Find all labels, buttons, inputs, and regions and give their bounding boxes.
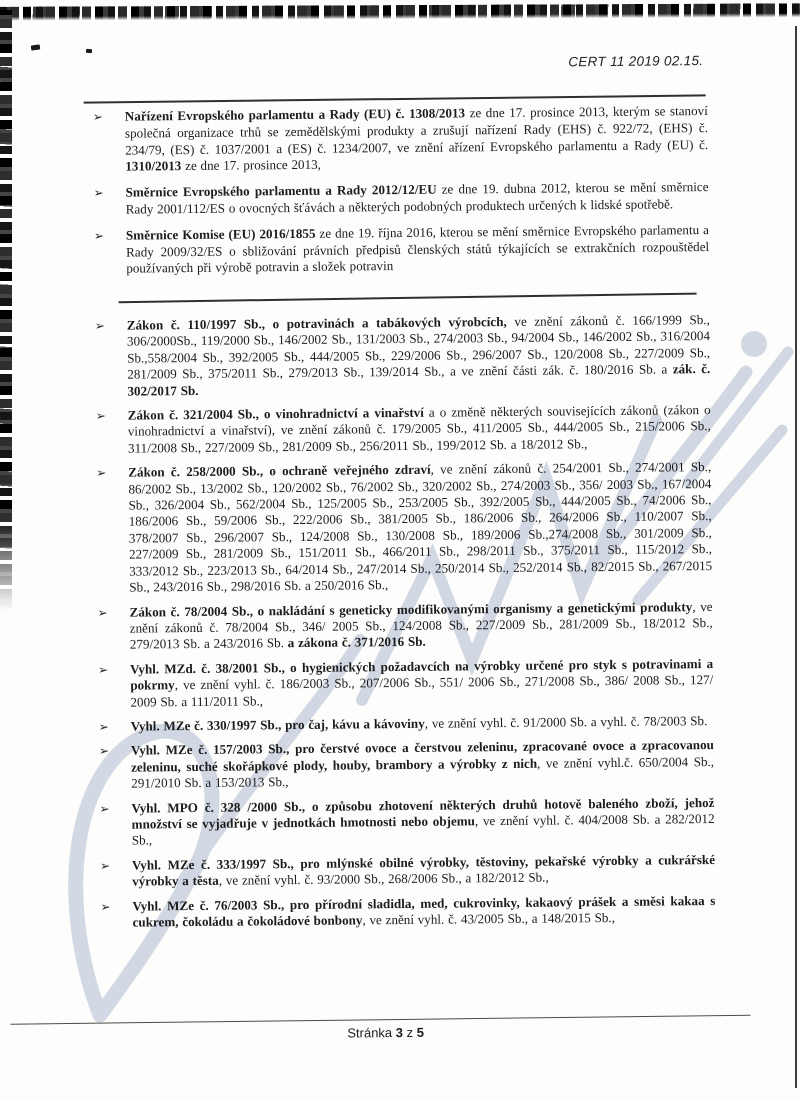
separator-line-top <box>84 94 706 103</box>
legislation-list-item: ➢Zákon č. 321/2004 Sb., o vinohradnictví… <box>95 402 711 457</box>
scanned-page: CERT 11 2019 02.15. ➢Nařízení Evropského… <box>0 0 800 1100</box>
national-legislation-list: ➢Zákon č. 110/1997 Sb., o potravinách a … <box>94 312 716 939</box>
legislation-list-item: ➢Zákon č. 258/2000 Sb., o ochraně veřejn… <box>95 459 712 596</box>
bullet-arrow-icon: ➢ <box>94 228 104 245</box>
bullet-arrow-icon: ➢ <box>93 185 103 202</box>
page-footer: Stránka 3 z 5 <box>5 1022 767 1044</box>
list-item-text: Vyhl. MZe č. 333/1997 Sb., pro mlýnské o… <box>132 852 715 889</box>
list-item-text: Vyhl. MZe č. 76/2003 Sb., pro přírodní s… <box>132 893 715 930</box>
bullet-arrow-icon: ➢ <box>99 743 109 760</box>
legislation-list-item: ➢Směrnice Komise (EU) 2016/1855 ze dne 1… <box>93 222 709 278</box>
footer-of-word: z <box>407 1025 414 1040</box>
list-item-text: Zákon č. 78/2004 Sb., o nakládání s gene… <box>130 599 713 652</box>
separator-line-middle <box>119 293 697 304</box>
list-item-text: Směrnice Evropského parlamentu a Rady 20… <box>125 179 708 216</box>
footer-total-pages: 5 <box>417 1025 424 1040</box>
list-item-text: Zákon č. 110/1997 Sb., o potravinách a t… <box>127 312 711 398</box>
legislation-list-item: ➢Vyhl. MZd. č. 38/2001 Sb., o hygienický… <box>97 656 713 711</box>
legislation-list-item: ➢Zákon č. 78/2004 Sb., o nakládání s gen… <box>97 599 713 654</box>
list-item-text: Vyhl. MZe č. 157/2003 Sb., pro čerstvé o… <box>131 737 714 790</box>
bullet-arrow-icon: ➢ <box>99 800 109 817</box>
bullet-arrow-icon: ➢ <box>95 318 105 335</box>
footer-label: Stránka <box>347 1025 392 1040</box>
bullet-arrow-icon: ➢ <box>96 465 106 482</box>
list-item-text: Vyhl. MZe č. 330/1997 Sb., pro čaj, kávu… <box>131 713 708 734</box>
list-item-text: Vyhl. MPO č. 328 /2000 Sb., o způsobu zh… <box>131 795 714 848</box>
bullet-arrow-icon: ➢ <box>99 719 109 736</box>
eu-legislation-list: ➢Nařízení Evropského parlamentu a Rady (… <box>92 103 710 287</box>
legislation-list-item: ➢Vyhl. MPO č. 328 /2000 Sb., o způsobu z… <box>98 795 714 850</box>
legislation-list-item: ➢Vyhl. MZe č. 333/1997 Sb., pro mlýnské … <box>99 852 715 891</box>
bullet-arrow-icon: ➢ <box>93 109 103 126</box>
legislation-list-item: ➢Vyhl. MZe č. 157/2003 Sb., pro čerstvé … <box>98 737 714 792</box>
list-item-text: Vyhl. MZd. č. 38/2001 Sb., o hygienickýc… <box>130 656 713 709</box>
legislation-list-item: ➢Vyhl. MZe č. 76/2003 Sb., pro přírodní … <box>99 893 715 932</box>
list-item-text: Zákon č. 321/2004 Sb., o vinohradnictví … <box>128 402 711 455</box>
bullet-arrow-icon: ➢ <box>96 408 106 425</box>
legislation-list-item: ➢Zákon č. 110/1997 Sb., o potravinách a … <box>94 312 711 400</box>
document-content: CERT 11 2019 02.15. ➢Nařízení Evropského… <box>0 0 800 1100</box>
bullet-arrow-icon: ➢ <box>100 858 110 875</box>
bullet-arrow-icon: ➢ <box>100 898 110 915</box>
list-item-text: Nařízení Evropského parlamentu a Rady (E… <box>125 103 708 174</box>
legislation-list-item: ➢Směrnice Evropského parlamentu a Rady 2… <box>92 179 708 219</box>
footer-page-number: 3 <box>396 1025 403 1040</box>
legislation-list-item: ➢Nařízení Evropského parlamentu a Rady (… <box>92 103 709 176</box>
legislation-list-item: ➢Vyhl. MZe č. 330/1997 Sb., pro čaj, káv… <box>98 713 714 735</box>
list-item-text: Zákon č. 258/2000 Sb., o ochraně veřejné… <box>128 459 712 594</box>
document-header-code: CERT 11 2019 02.15. <box>568 53 703 69</box>
bullet-arrow-icon: ➢ <box>98 662 108 679</box>
bullet-arrow-icon: ➢ <box>98 604 108 621</box>
list-item-text: Směrnice Komise (EU) 2016/1855 ze dne 19… <box>126 222 709 276</box>
